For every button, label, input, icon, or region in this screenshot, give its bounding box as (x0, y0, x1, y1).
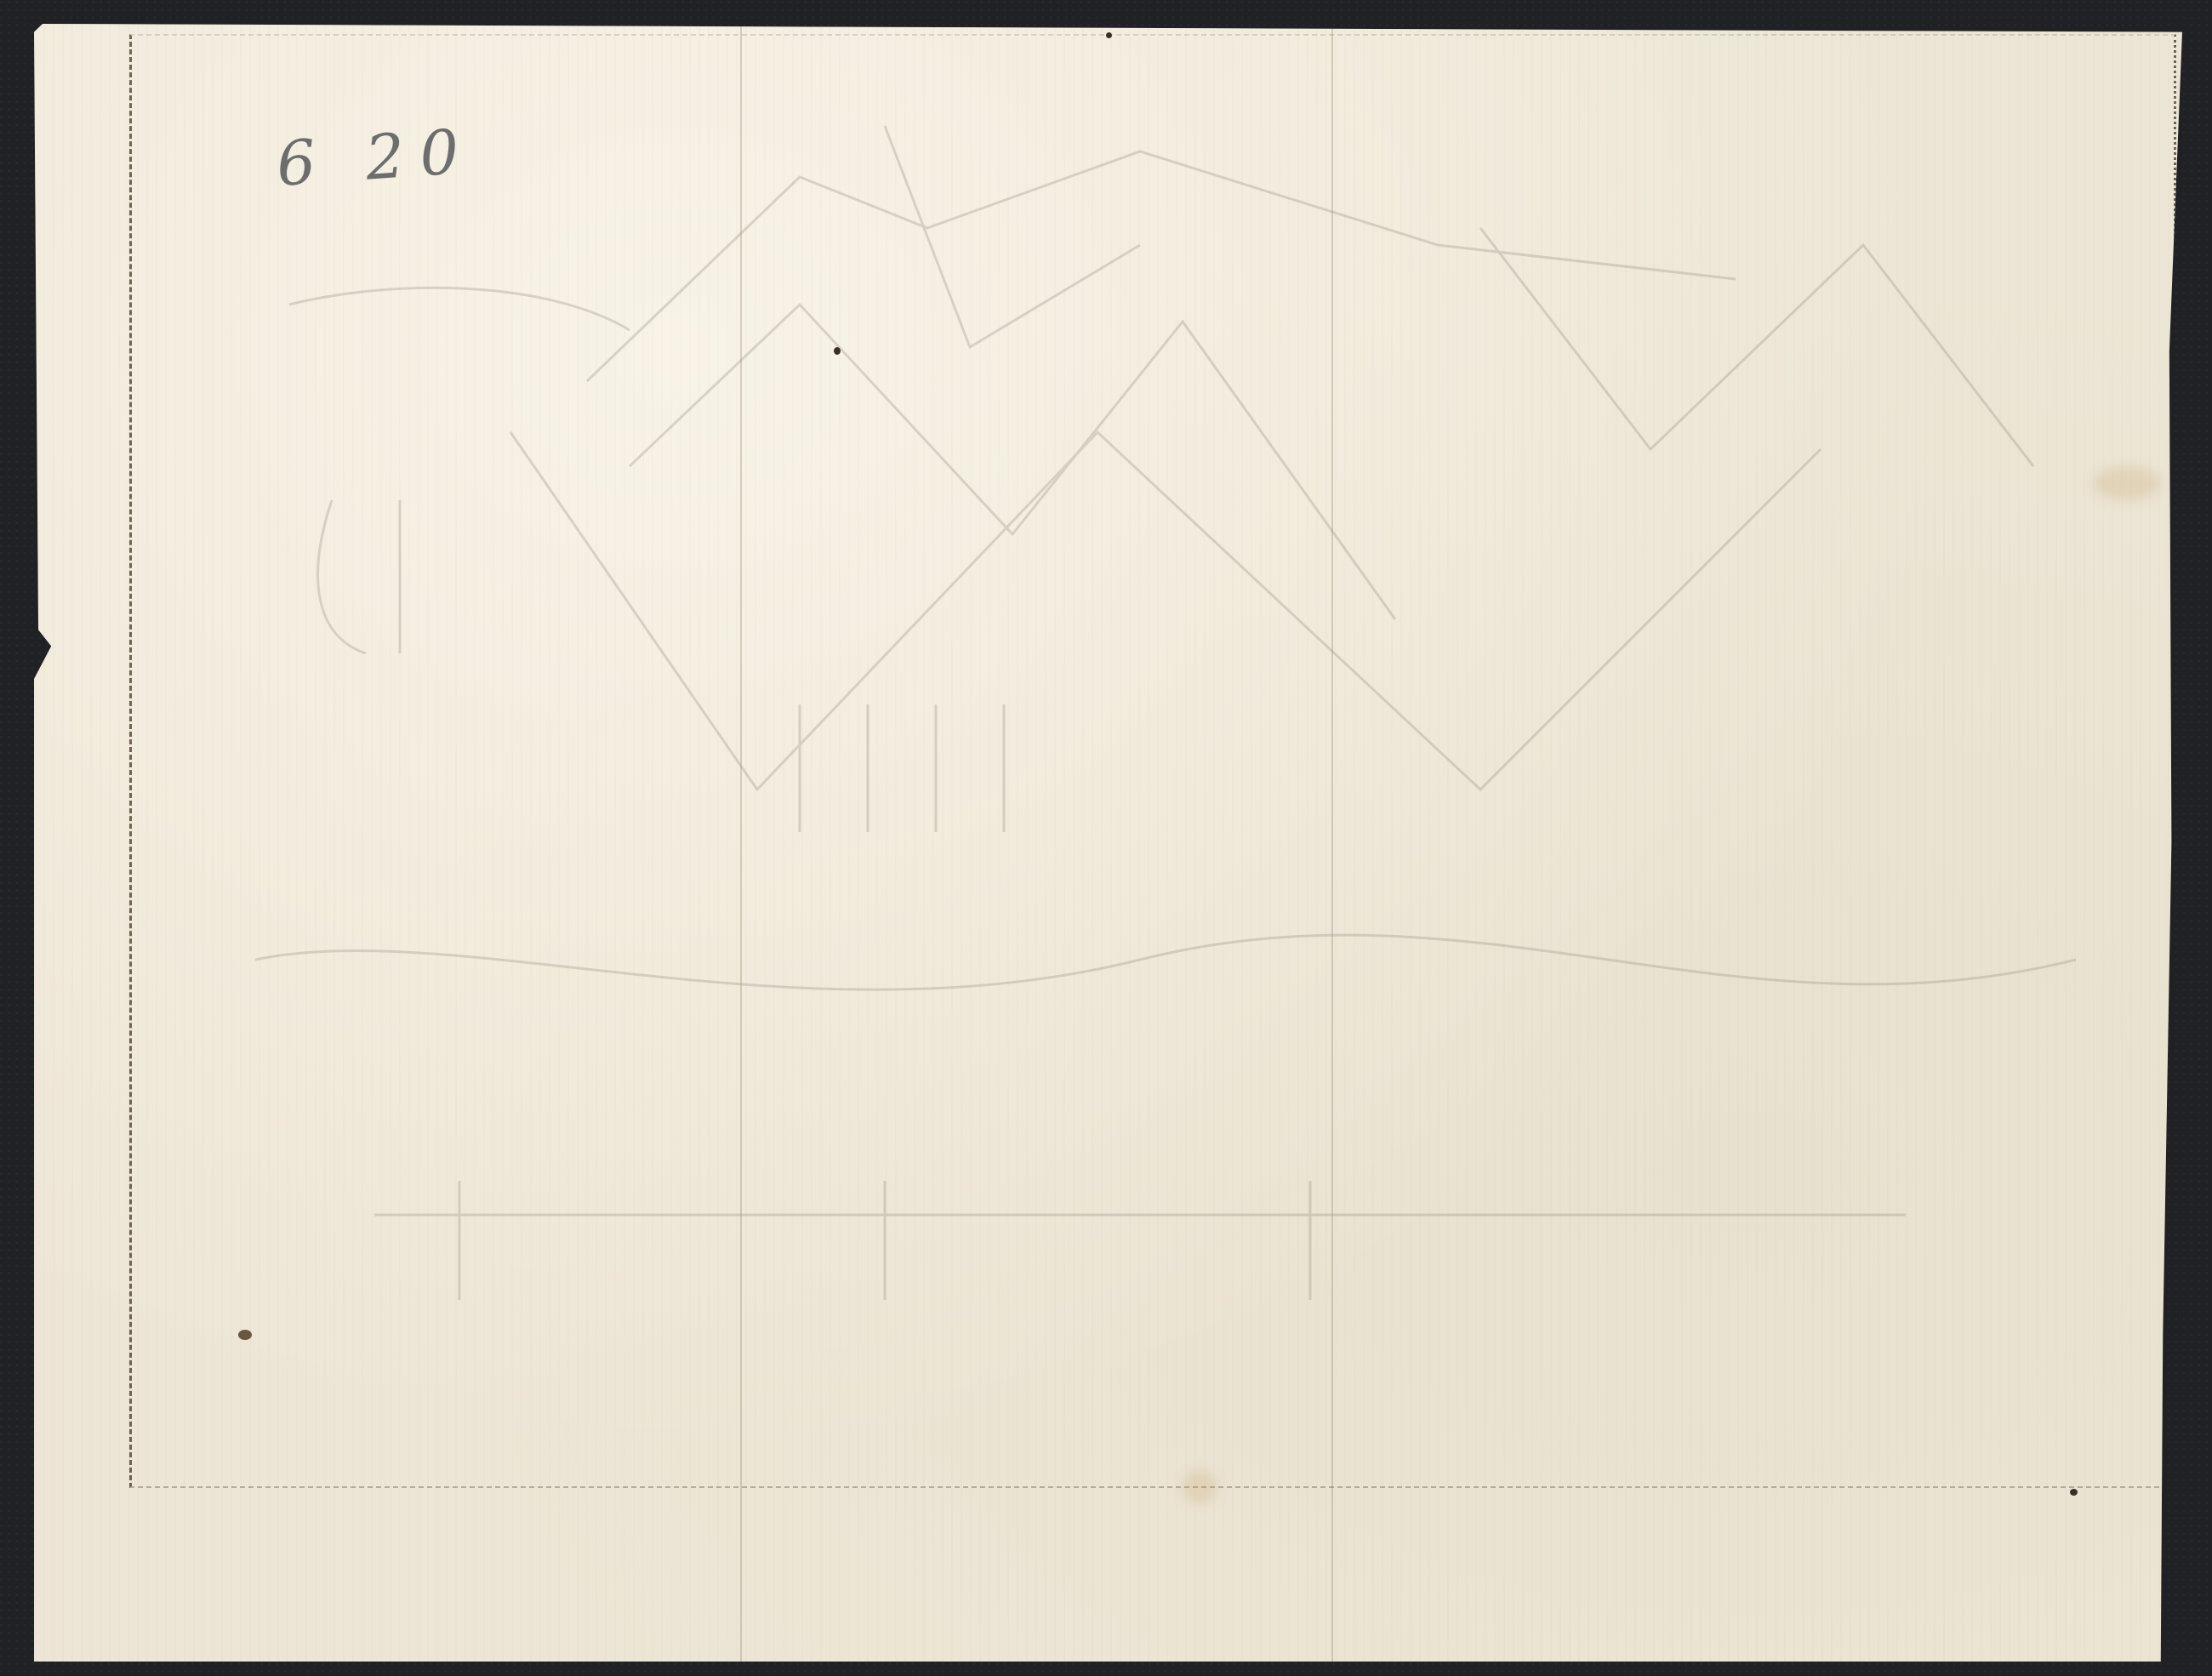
foxing-speck (2070, 1489, 2078, 1496)
age-stain (2093, 466, 2161, 500)
pencil-annotation: 6 20 (274, 115, 476, 200)
foxing-speck (834, 347, 841, 355)
paper-sheet: 6 20 (34, 24, 2182, 1662)
age-stain (1183, 1470, 1217, 1504)
foxing-speck (1106, 32, 1112, 38)
platemark-border (129, 34, 2176, 1488)
foxing-speck (238, 1330, 252, 1340)
